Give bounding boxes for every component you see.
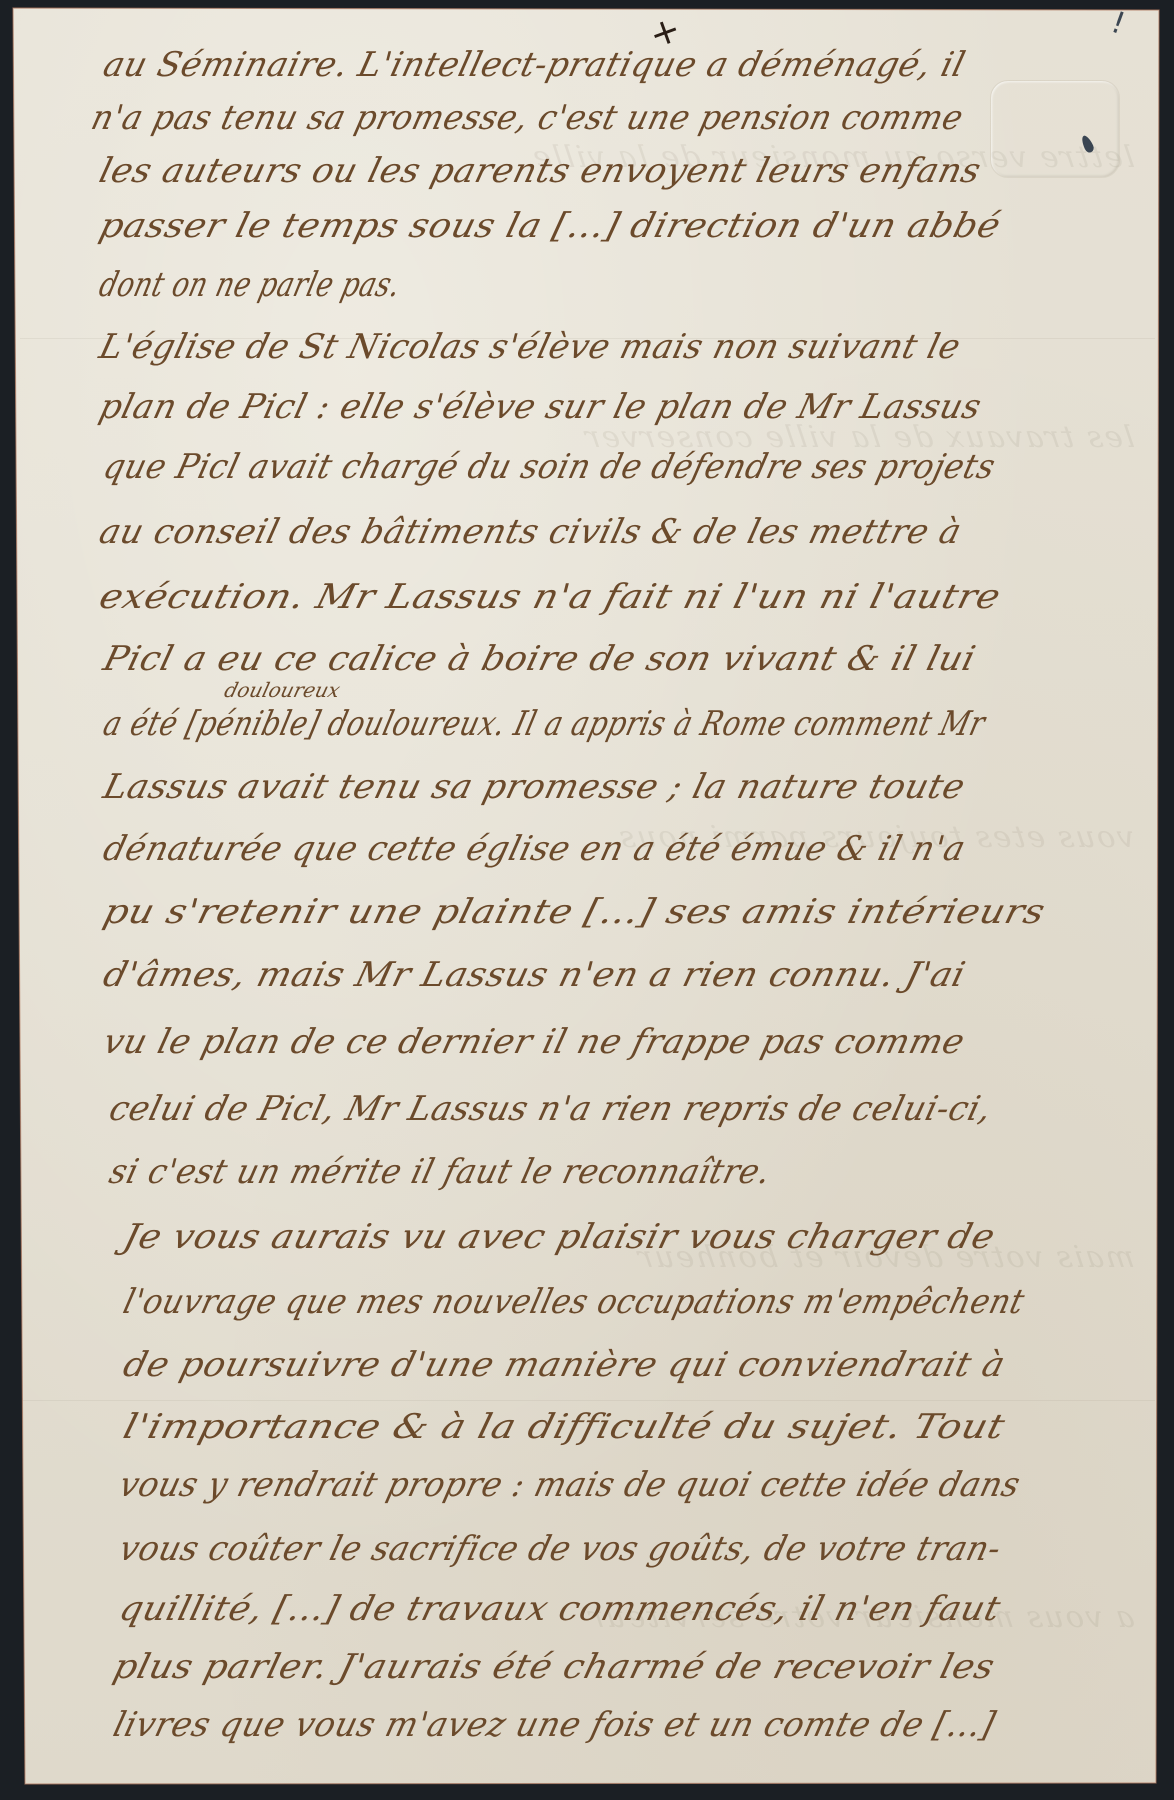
text-line-25: vous coûter le sacrifice de vos goûts, d… — [116, 1532, 1005, 1566]
text-line-11: Picl a eu ce calice à boire de son vivan… — [100, 642, 979, 676]
text-line-23: l'importance & à la difficulté du sujet.… — [120, 1410, 1008, 1444]
text-line-15: pu s'retenir une plainte [...] ses amis … — [100, 895, 1049, 929]
text-line-6: L'église de St Nicolas s'élève mais non … — [96, 330, 964, 364]
text-line-14: dénaturée que cette église en a été émue… — [100, 832, 969, 866]
corner-ink-mark: ! — [1106, 5, 1129, 42]
text-line-5: dont on ne parle pas. — [96, 268, 404, 302]
text-line-21: l'ouvrage que mes nouvelles occupations … — [120, 1285, 1028, 1319]
text-line-27: plus parler. J'aurais été charmé de rece… — [110, 1650, 998, 1684]
text-line-19: si c'est un mérite il faut le reconnaîtr… — [106, 1155, 774, 1189]
text-line-7: plan de Picl : elle s'élève sur le plan … — [96, 390, 985, 424]
text-line-3: les auteurs ou les parents envoyent leur… — [96, 154, 984, 188]
embossed-stamp — [990, 80, 1120, 178]
text-line-18: celui de Picl, Mr Lassus n'a rien repris… — [106, 1092, 995, 1126]
text-line-28: livres que vous m'avez une fois et un co… — [110, 1708, 999, 1742]
text-line-2: n'a pas tenu sa promesse, c'est une pens… — [88, 101, 967, 135]
inserted-word-douloureux: douloureux — [222, 678, 343, 702]
text-line-9: au conseil des bâtiments civils & de les… — [96, 515, 965, 549]
text-line-1: au Séminaire. L'intellect-pratique a dém… — [100, 48, 969, 82]
text-line-13: Lassus avait tenu sa promesse ; la natur… — [100, 770, 968, 804]
text-line-16: d'âmes, mais Mr Lassus n'en a rien connu… — [100, 958, 969, 992]
letter-page: lettre verso au monsieur de la ville les… — [0, 0, 1174, 1800]
document-viewer: lettre verso au monsieur de la ville les… — [0, 0, 1174, 1800]
paper-fold-line — [20, 1400, 1155, 1401]
text-line-8: que Picl avait chargé du soin de défendr… — [100, 450, 999, 484]
text-line-26: quillité, [...] de travaux commencés, il… — [116, 1592, 1004, 1626]
text-line-12: a été [pénible] douloureux. Il a appris … — [100, 707, 989, 741]
text-line-20: Je vous aurais vu avec plaisir vous char… — [120, 1220, 999, 1254]
text-line-17: vu le plan de ce dernier il ne frappe pa… — [100, 1025, 968, 1059]
text-line-22: de poursuivre d'une manière qui conviend… — [120, 1348, 1009, 1382]
text-line-24: vous y rendrait propre : mais de quoi ce… — [116, 1468, 1024, 1502]
text-line-4: passer le temps sous la [...] direction … — [96, 209, 1004, 243]
text-line-10: exécution. Mr Lassus n'a fait ni l'un ni… — [96, 580, 1004, 614]
